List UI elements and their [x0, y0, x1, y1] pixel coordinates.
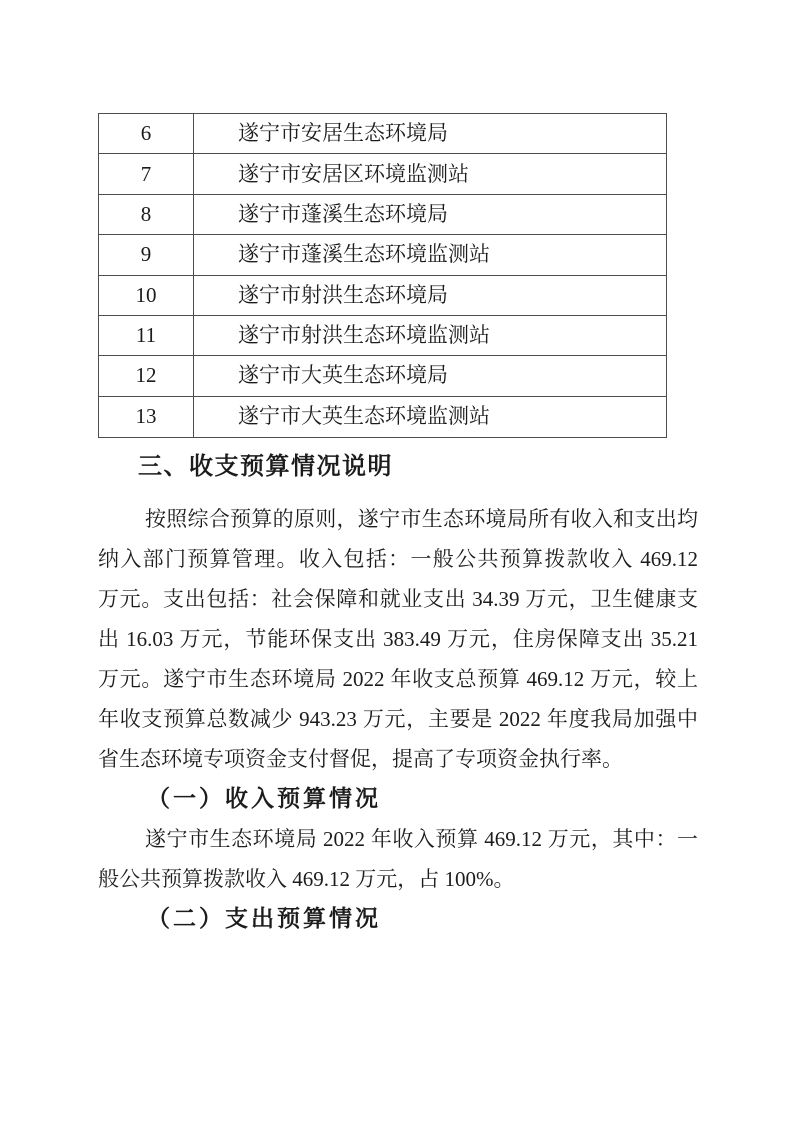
paragraph-line: 省生态环境专项资金支付督促，提高了专项资金执行率。 — [98, 739, 698, 779]
org-name-cell: 遂宁市射洪生态环境监测站 — [194, 316, 666, 355]
row-number-cell: 10 — [99, 276, 194, 315]
table-row: 10 遂宁市射洪生态环境局 — [99, 276, 666, 316]
sub-heading-income: （一）收入预算情况 — [147, 779, 381, 819]
table-row: 7 遂宁市安居区环境监测站 — [99, 154, 666, 194]
org-name-cell: 遂宁市安居区环境监测站 — [194, 154, 666, 193]
table-row: 11 遂宁市射洪生态环境监测站 — [99, 316, 666, 356]
row-number-cell: 11 — [99, 316, 194, 355]
table-row: 12 遂宁市大英生态环境局 — [99, 356, 666, 396]
budget-overview-paragraph: 按照综合预算的原则，遂宁市生态环境局所有收入和支出均 纳入部门预算管理。收入包括… — [98, 499, 698, 779]
paragraph-line: 年收支预算总数减少 943.23 万元，主要是 2022 年度我局加强中 — [98, 699, 698, 739]
paragraph-line: 按照综合预算的原则，遂宁市生态环境局所有收入和支出均 — [98, 499, 698, 539]
paragraph-line: 万元。遂宁市生态环境局 2022 年收支总预算 469.12 万元，较上 — [98, 659, 698, 699]
row-number-cell: 9 — [99, 235, 194, 274]
org-name-cell: 遂宁市射洪生态环境局 — [194, 276, 666, 315]
paragraph-line: 般公共预算拨款收入 469.12 万元，占 100%。 — [98, 859, 698, 899]
row-number-cell: 13 — [99, 397, 194, 437]
org-name-cell: 遂宁市大英生态环境局 — [194, 356, 666, 395]
document-page: 6 遂宁市安居生态环境局 7 遂宁市安居区环境监测站 8 遂宁市蓬溪生态环境局 … — [0, 0, 793, 1122]
sub-heading-expenditure: （二）支出预算情况 — [147, 899, 381, 939]
org-name-cell: 遂宁市蓬溪生态环境局 — [194, 195, 666, 234]
paragraph-line: 万元。支出包括：社会保障和就业支出 34.39 万元，卫生健康支 — [98, 579, 698, 619]
table-row: 9 遂宁市蓬溪生态环境监测站 — [99, 235, 666, 275]
paragraph-line: 出 16.03 万元，节能环保支出 383.49 万元，住房保障支出 35.21 — [98, 619, 698, 659]
income-budget-paragraph: 遂宁市生态环境局 2022 年收入预算 469.12 万元，其中：一 般公共预算… — [98, 819, 698, 899]
table-row: 8 遂宁市蓬溪生态环境局 — [99, 195, 666, 235]
table-row: 6 遂宁市安居生态环境局 — [99, 114, 666, 154]
paragraph-line: 纳入部门预算管理。收入包括：一般公共预算拨款收入 469.12 — [98, 539, 698, 579]
org-name-cell: 遂宁市大英生态环境监测站 — [194, 397, 666, 437]
section-heading: 三、收支预算情况说明 — [138, 447, 393, 487]
org-table: 6 遂宁市安居生态环境局 7 遂宁市安居区环境监测站 8 遂宁市蓬溪生态环境局 … — [98, 113, 667, 438]
row-number-cell: 8 — [99, 195, 194, 234]
row-number-cell: 6 — [99, 114, 194, 153]
org-name-cell: 遂宁市蓬溪生态环境监测站 — [194, 235, 666, 274]
org-name-cell: 遂宁市安居生态环境局 — [194, 114, 666, 153]
row-number-cell: 12 — [99, 356, 194, 395]
paragraph-line: 遂宁市生态环境局 2022 年收入预算 469.12 万元，其中：一 — [98, 819, 698, 859]
table-row: 13 遂宁市大英生态环境监测站 — [99, 397, 666, 437]
row-number-cell: 7 — [99, 154, 194, 193]
